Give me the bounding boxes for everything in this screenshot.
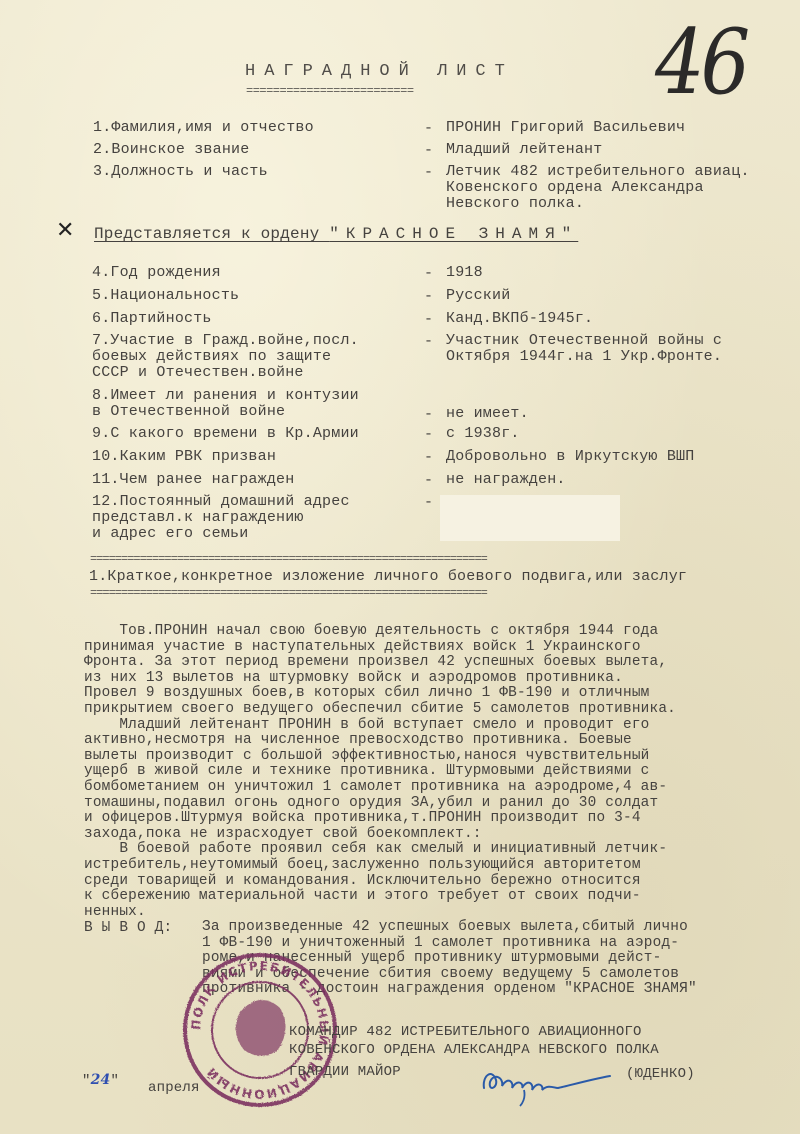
field-value: Младший лейтенант <box>446 142 602 158</box>
field-dash: - <box>424 288 433 305</box>
field-value: Русский <box>446 288 510 304</box>
conclusion-label: В Ы В О Д: <box>84 920 172 936</box>
margin-cross-mark: ✕ <box>56 218 74 243</box>
field-dash: - <box>424 406 433 423</box>
field-label: 11.Чем ранее награжден <box>92 472 294 488</box>
redacted-address <box>440 495 620 541</box>
field-label: 1.Фамилия,имя и отчество <box>93 120 314 136</box>
field-label: и адрес его семьи <box>92 526 248 542</box>
date-open-quote: " <box>82 1073 91 1089</box>
field-value: не награжден. <box>446 472 566 488</box>
field-dash: - <box>424 164 433 181</box>
field-label: 3.Должность и часть <box>93 164 268 180</box>
field-value: 1918 <box>446 265 483 281</box>
award-line: Представляется к ордену "КРАСНОЕ ЗНАМЯ" <box>94 225 578 243</box>
field-label: 7.Участие в Гражд.войне,посл. <box>92 333 359 349</box>
field-value: ПРОНИН Григорий Васильевич <box>446 120 685 136</box>
section-rule-top: ========================================… <box>90 552 487 566</box>
field-label: в Отечественной войне <box>92 404 285 420</box>
field-dash: - <box>424 494 433 511</box>
field-dash: - <box>424 472 433 489</box>
field-value: Участник Отечественной войны с <box>446 333 722 349</box>
field-dash: - <box>424 333 433 350</box>
field-dash: - <box>424 311 433 328</box>
date-month: апреля <box>148 1080 200 1096</box>
field-label: 5.Национальность <box>92 288 239 304</box>
field-value: Добровольно в Иркутскую ВШП <box>446 449 694 465</box>
section-rule-bottom: ========================================… <box>90 586 487 600</box>
signatory-name: (ЮДЕНКО) <box>626 1066 695 1082</box>
signature-block-line: КОМАНДИР 482 ИСТРЕБИТЕЛЬНОГО АВИАЦИОННОГ… <box>289 1024 642 1040</box>
field-dash: - <box>424 120 433 137</box>
field-label: 9.С какого времени в Кр.Армии <box>92 426 359 442</box>
date-close-quote: " <box>111 1073 120 1089</box>
field-dash: - <box>424 142 433 159</box>
field-value: Летчик 482 истребительного авиац. <box>446 164 750 180</box>
award-prefix: Представляется к ордену <box>94 225 329 243</box>
field-value: с 1938г. <box>446 426 520 442</box>
field-dash: - <box>424 426 433 443</box>
title-rule: ========================= <box>246 84 414 98</box>
field-label: 12.Постоянный домашний адрес <box>92 494 350 510</box>
field-label: 4.Год рождения <box>92 265 221 281</box>
signatory-rank: ГВАРДИИ МАЙОР <box>289 1064 401 1080</box>
date-day: 24 <box>91 1072 111 1088</box>
field-dash: - <box>424 265 433 282</box>
field-value: Октября 1944г.на 1 Укр.Фронте. <box>446 349 722 365</box>
field-label: СССР и Отечествен.войне <box>92 365 304 381</box>
folio-number: 46 <box>655 11 746 115</box>
date-line: "24" <box>82 1072 119 1089</box>
handwritten-signature <box>478 1058 618 1108</box>
field-label: боевых действиях по защите <box>92 349 331 365</box>
section-heading: 1.Краткое,конкретное изложение личного б… <box>89 568 687 585</box>
field-value: Канд.ВКПб-1945г. <box>446 311 593 327</box>
narrative-text: Тов.ПРОНИН начал свою боевую деятельност… <box>84 624 676 920</box>
field-label: 6.Партийность <box>92 311 212 327</box>
field-value: Ковенского ордена Александра <box>446 180 704 196</box>
signature-block-line: КОВЕНСКОГО ОРДЕНА АЛЕКСАНДРА НЕВСКОГО ПО… <box>289 1042 659 1058</box>
field-value: Невского полка. <box>446 196 584 212</box>
field-label: представл.к награждению <box>92 510 304 526</box>
field-value: не имеет. <box>446 406 529 422</box>
field-label: 2.Воинское звание <box>93 142 249 158</box>
field-label: 10.Каким РВК призван <box>92 449 276 465</box>
award-name: "КРАСНОЕ ЗНАМЯ" <box>329 225 578 243</box>
field-dash: - <box>424 449 433 466</box>
document-title: НАГРАДНОЙ ЛИСТ <box>245 62 514 81</box>
field-label: 8.Имеет ли ранения и контузии <box>92 388 359 404</box>
